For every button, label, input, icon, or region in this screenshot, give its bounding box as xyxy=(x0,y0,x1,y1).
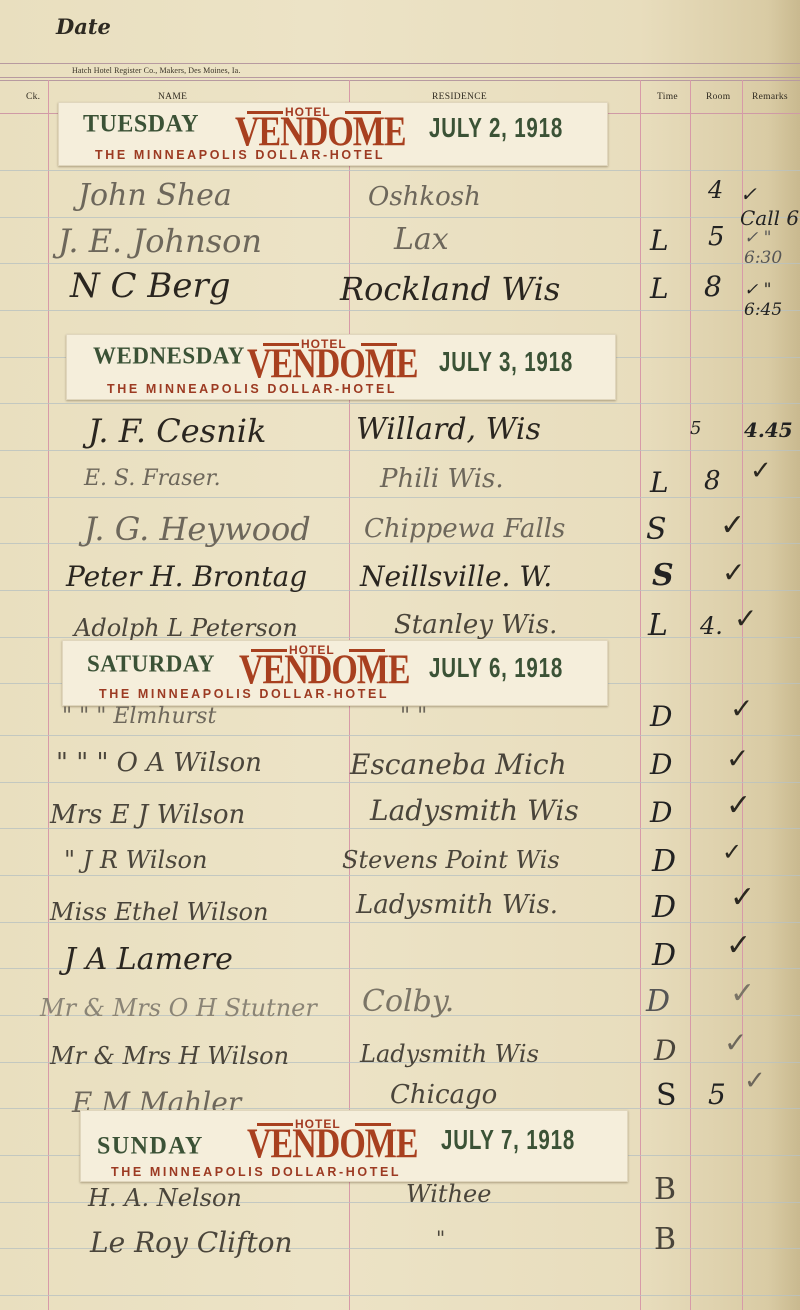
entry-time: L xyxy=(648,608,668,643)
entry-name: Miss Ethel Wilson xyxy=(50,898,268,926)
entry-residence: Withee xyxy=(406,1180,491,1208)
entry-time: B xyxy=(654,1172,676,1207)
entry-room: 4. xyxy=(700,612,723,640)
entry-room: 5 xyxy=(708,222,725,252)
checkmark-icon: ✓ xyxy=(722,838,742,866)
ruled-line xyxy=(0,875,800,876)
entry-time: L xyxy=(650,272,669,305)
ruled-line xyxy=(0,497,800,498)
sticker-tagline: THE MINNEAPOLIS DOLLAR-HOTEL xyxy=(99,687,389,701)
entry-name: " J R Wilson xyxy=(64,846,207,874)
entry-name: E. S. Fraser. xyxy=(84,466,221,491)
entry-name: N C Berg xyxy=(70,266,231,306)
entry-residence: Colby. xyxy=(362,984,454,1019)
entry-residence: Rockland Wis xyxy=(340,270,560,308)
checkmark-icon: ✓ xyxy=(744,1066,766,1096)
entry-time: S xyxy=(646,512,667,547)
entry-remarks: ✓ Call 6 xyxy=(740,182,800,230)
entry-residence: " xyxy=(436,1226,445,1250)
sticker-hotel-name: VENDOME xyxy=(247,1121,418,1169)
sticker-tagline: THE MINNEAPOLIS DOLLAR-HOTEL xyxy=(95,148,385,162)
sticker-day: WEDNESDAY xyxy=(93,342,245,369)
entry-residence: Lax xyxy=(394,222,449,257)
entry-name: J. F. Cesnik xyxy=(88,412,266,450)
ruled-line xyxy=(0,217,800,218)
entry-name: J. G. Heywood xyxy=(84,510,311,548)
sticker-tagline: THE MINNEAPOLIS DOLLAR-HOTEL xyxy=(111,1165,401,1179)
entry-room: 8 xyxy=(704,270,722,303)
entry-time: D xyxy=(652,844,676,879)
entry-residence: Ladysmith Wis xyxy=(360,1040,539,1068)
entry-time: L xyxy=(650,466,669,499)
col-head-time: Time xyxy=(657,92,678,102)
entry-residence: Phili Wis. xyxy=(380,464,504,494)
entry-room: 5 xyxy=(690,418,701,439)
entry-name: Peter H. Brontag xyxy=(66,560,307,593)
entry-time: D xyxy=(650,748,672,781)
date-sticker-tuesday: TUESDAY HOTEL VENDOME JULY 2, 1918 THE M… xyxy=(58,102,608,166)
entry-remarks: 4.45 xyxy=(744,418,793,442)
entry-name: " " " O A Wilson xyxy=(56,748,262,778)
sticker-day: SATURDAY xyxy=(87,650,215,677)
entry-name: " " " Elmhurst xyxy=(62,704,216,729)
entry-name: Mrs E J Wilson xyxy=(50,800,245,830)
sticker-day: SUNDAY xyxy=(97,1132,204,1160)
entry-time: D xyxy=(654,1034,676,1067)
entry-remarks: ✓ " 6:45 xyxy=(744,280,800,320)
col-head-ck: Ck. xyxy=(26,92,40,102)
entry-name: Le Roy Clifton xyxy=(90,1226,293,1259)
checkmark-icon: ✓ xyxy=(730,976,755,1011)
header-rule-top xyxy=(0,63,800,64)
checkmark-icon: ✓ xyxy=(726,742,749,775)
entry-name: John Shea xyxy=(78,178,232,213)
entry-residence: Neillsville. W. xyxy=(360,560,552,593)
ruled-line xyxy=(0,310,800,311)
entry-time: S xyxy=(656,1078,677,1113)
entry-name: Adolph L Peterson xyxy=(74,614,298,642)
sticker-day: TUESDAY xyxy=(83,110,199,138)
checkmark-icon: ✓ xyxy=(734,602,757,635)
entry-name: H. A. Nelson xyxy=(88,1184,242,1212)
col-head-name: NAME xyxy=(158,92,187,102)
entry-residence: Ladysmith Wis xyxy=(370,794,579,827)
entry-residence: Oshkosh xyxy=(368,182,481,212)
rule-room xyxy=(690,80,691,1310)
entry-residence: Ladysmith Wis. xyxy=(356,890,558,920)
entry-room: 8 xyxy=(704,466,721,496)
entry-residence: " " xyxy=(400,704,427,729)
register-page: Date Hatch Hotel Register Co., Makers, D… xyxy=(0,0,800,1310)
checkmark-icon: ✓ xyxy=(730,692,753,725)
sticker-date: JULY 7, 1918 xyxy=(441,1125,575,1157)
sticker-date: JULY 3, 1918 xyxy=(439,347,573,379)
entry-time: D xyxy=(650,700,672,733)
entry-residence: Stevens Point Wis xyxy=(342,846,560,874)
header-rule-mid2 xyxy=(0,80,800,81)
col-head-residence: RESIDENCE xyxy=(432,92,487,102)
ruled-line xyxy=(0,735,800,736)
rule-ck xyxy=(48,80,49,1310)
entry-residence: Willard, Wis xyxy=(356,412,541,447)
entry-name: J A Lamere xyxy=(64,942,233,977)
entry-time: D xyxy=(646,984,670,1019)
entry-name: Mr & Mrs H Wilson xyxy=(50,1042,289,1070)
date-sticker-sunday: SUNDAY HOTEL VENDOME JULY 7, 1918 THE MI… xyxy=(80,1110,628,1182)
entry-remarks: ✓ " 6:30 xyxy=(744,228,800,268)
header-rule-mid xyxy=(0,77,800,78)
entry-time: D xyxy=(652,890,676,925)
ruled-line xyxy=(0,782,800,783)
checkmark-icon: ✓ xyxy=(726,928,751,963)
col-head-room: Room xyxy=(706,92,730,102)
entry-time: L xyxy=(650,224,669,257)
date-sticker-saturday: SATURDAY HOTEL VENDOME JULY 6, 1918 THE … xyxy=(62,640,608,706)
ruled-line xyxy=(0,263,800,264)
entry-time: B xyxy=(654,1222,676,1257)
checkmark-icon: ✓ xyxy=(750,456,772,486)
entry-time: D xyxy=(652,938,676,973)
col-head-remarks: Remarks xyxy=(752,92,788,102)
entry-residence: Escaneba Mich xyxy=(350,748,567,781)
sticker-tagline: THE MINNEAPOLIS DOLLAR-HOTEL xyxy=(107,382,397,396)
ruled-line xyxy=(0,170,800,171)
entry-room: 5 xyxy=(708,1078,726,1111)
sticker-date: JULY 2, 1918 xyxy=(429,113,563,145)
ruled-line xyxy=(0,450,800,451)
checkmark-icon: ✓ xyxy=(724,1026,747,1059)
maker-imprint: Hatch Hotel Register Co., Makers, Des Mo… xyxy=(72,66,240,75)
sticker-date: JULY 6, 1918 xyxy=(429,653,563,685)
entry-room: 4 xyxy=(708,176,723,204)
entry-time: S xyxy=(652,558,674,593)
entry-residence: Chippewa Falls xyxy=(364,514,565,544)
checkmark-icon: ✓ xyxy=(720,508,745,543)
checkmark-icon: ✓ xyxy=(722,556,745,589)
date-label: Date xyxy=(56,14,111,39)
ruled-line xyxy=(0,403,800,404)
entry-residence: Stanley Wis. xyxy=(394,610,557,640)
entry-name: J. E. Johnson xyxy=(58,222,262,260)
date-sticker-wednesday: WEDNESDAY HOTEL VENDOME JULY 3, 1918 THE… xyxy=(66,334,616,400)
ruled-line xyxy=(0,1295,800,1296)
checkmark-icon: ✓ xyxy=(730,880,755,915)
entry-name: Mr & Mrs O H Stutner xyxy=(40,994,317,1022)
rule-time xyxy=(640,80,641,1310)
entry-residence: Chicago xyxy=(390,1080,497,1110)
entry-time: D xyxy=(650,796,672,829)
checkmark-icon: ✓ xyxy=(726,788,751,823)
